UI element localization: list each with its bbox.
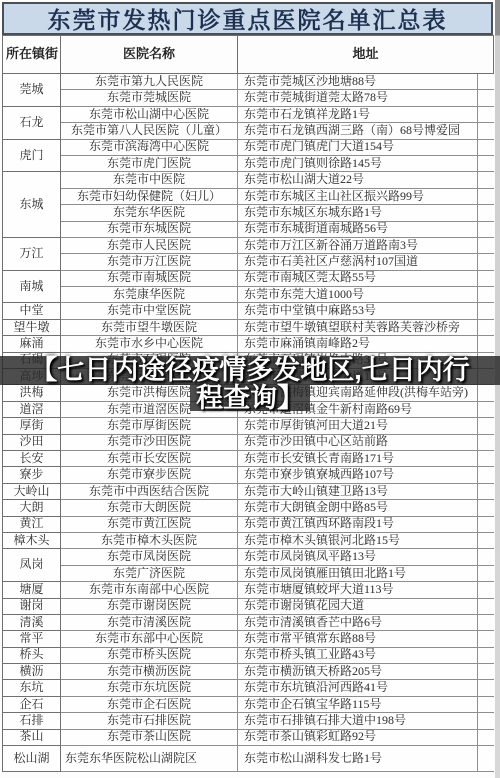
hospital-name-cell: 东莞市水乡中心医院	[61, 336, 238, 352]
district-cell: 南城	[3, 270, 61, 303]
address-cell: 东莞市东城区东城东路1号	[238, 205, 478, 221]
hospital-name-cell: 东莞市桥头医院	[61, 647, 238, 663]
address-cell: 东莞市虎门镇虎门大道154号	[238, 139, 478, 155]
hospital-name-cell: 东莞市东部中心医院	[61, 631, 238, 647]
cutoff-column-cell	[478, 221, 494, 237]
address-cell: 东莞市大朗镇金朗中路85号	[238, 500, 478, 516]
address-cell: 东莞市厚街镇河田大道21号	[238, 418, 478, 434]
address-cell: 东莞市寮步镇寮城西路107号	[238, 467, 478, 483]
table-row: 大朗东莞市大朗医院东莞市大朗镇金朗中路85号	[3, 500, 494, 516]
cutoff-column-cell	[478, 385, 494, 401]
cutoff-column-cell	[478, 664, 494, 680]
address-cell: 东莞市凤岗镇凤平路13号	[238, 549, 478, 565]
district-cell: 莞城	[3, 74, 61, 107]
address-cell: 东莞市道滘镇金牛新村南路69号	[238, 401, 478, 417]
hospital-name-cell: 东莞市松山湖中心医院	[61, 106, 238, 122]
cutoff-column-cell	[478, 123, 494, 139]
table-row: 东莞市虎门医院东莞市虎门镇则徐路145号	[3, 155, 494, 171]
hospital-name-cell: 东莞市横沥医院	[61, 664, 238, 680]
hospital-name-cell: 东莞市洪梅医院	[61, 385, 238, 401]
cutoff-column-cell	[478, 270, 494, 286]
address-cell: 东莞市凤岗镇雁田镇田北路1号	[238, 565, 478, 581]
address-cell: 东莞市松山湖大道22号	[238, 172, 478, 188]
hospital-name-cell: 东莞市人民医院	[61, 237, 238, 253]
district-cell: 道滘	[3, 401, 61, 417]
address-cell: 东莞市高埗镇高埗大道12号	[238, 369, 478, 385]
table-row: 石龙东莞市松山湖中心医院东莞市石龙镇祥龙路1号	[3, 106, 494, 122]
district-cell: 黄江	[3, 516, 61, 532]
district-cell: 清溪	[3, 614, 61, 630]
cutoff-column-cell	[478, 532, 494, 548]
cutoff-column-cell	[478, 303, 494, 319]
table-row: 樟木头东莞市樟木头医院东莞市樟木头镇银河北路15号	[3, 532, 494, 548]
header-hospital: 医院名称	[61, 36, 238, 74]
address-cell: 东莞市沙田镇中心区站前路	[238, 434, 478, 450]
district-cell: 桥头	[3, 647, 61, 663]
address-cell: 东莞市谢岗镇花园大道	[238, 598, 478, 614]
table-row: 茶山东莞市茶山医院东莞市茶山镇彩虹路92号	[3, 729, 494, 745]
hospital-name-cell: 东莞市望牛墩医院	[61, 319, 238, 335]
address-cell: 东莞市石龙镇祥龙路1号	[238, 106, 478, 122]
cutoff-column-cell	[478, 549, 494, 565]
address-cell: 东莞市樟木头镇银河北路15号	[238, 532, 478, 548]
address-cell: 东莞市南城区莞太路55号	[238, 270, 478, 286]
hospital-name-cell: 东莞市南城医院	[61, 270, 238, 286]
page-title: 东莞市发热门诊重点医院名单汇总表	[48, 2, 448, 35]
table-row: 清溪东莞市清溪医院东莞市清溪镇香芒中路6号	[3, 614, 494, 630]
cutoff-column-cell	[478, 434, 494, 450]
hospital-name-cell: 东莞市东坑医院	[61, 680, 238, 696]
cutoff-column-cell	[478, 90, 494, 106]
district-cell: 凤岗	[3, 549, 61, 582]
address-cell: 东莞市茶山镇彩虹路92号	[238, 729, 478, 745]
address-cell: 东莞市石美社区卢慈涡村107国道	[238, 254, 478, 270]
address-cell: 东莞市石龙镇西湖三路（南）68号博爱园	[238, 123, 478, 139]
cutoff-column-cell	[478, 369, 494, 385]
table-row: 塘厦东莞市东南部中心医院东莞市塘厦镇蛟坪大道113号	[3, 582, 494, 598]
district-cell: 企石	[3, 696, 61, 712]
address-cell: 东莞市莞城街道莞太路78号	[238, 90, 478, 106]
district-cell: 长安	[3, 450, 61, 466]
cutoff-column-cell	[478, 680, 494, 696]
header-district: 所在镇街	[3, 36, 61, 74]
hospital-name-cell: 东莞市中医院	[61, 172, 238, 188]
hospital-name-cell: 东莞市中堂医院	[61, 303, 238, 319]
table-row: 东莞市莞城医院东莞市莞城街道莞太路78号	[3, 90, 494, 106]
cutoff-column-cell	[478, 500, 494, 516]
district-cell: 松山湖	[3, 746, 61, 772]
cutoff-column-cell	[478, 746, 494, 772]
district-cell: 樟木头	[3, 532, 61, 548]
cutoff-column-cell	[478, 483, 494, 499]
address-cell: 东莞市东城区主山社区振兴路99号	[238, 188, 478, 204]
district-cell: 大朗	[3, 500, 61, 516]
cutoff-column-cell	[478, 647, 494, 663]
district-cell: 塘厦	[3, 582, 61, 598]
address-cell: 东莞市塘厦镇蛟坪大道113号	[238, 582, 478, 598]
cutoff-column-cell	[478, 631, 494, 647]
table-row: 虎门东莞市滨海湾中心医院东莞市虎门镇虎门大道154号	[3, 139, 494, 155]
cutoff-column-cell	[478, 418, 494, 434]
hospital-name-cell: 东莞市东城医院	[61, 221, 238, 237]
district-cell: 东坑	[3, 680, 61, 696]
address-cell: 东莞市长安镇长青南路171号	[238, 450, 478, 466]
district-cell: 厚街	[3, 418, 61, 434]
cutoff-column-cell	[478, 713, 494, 729]
table-row: 万江东莞市人民医院东莞市万江区新谷涌万道路南3号	[3, 237, 494, 253]
hospital-name-cell: 东莞市滨海湾中心医院	[61, 139, 238, 155]
district-cell: 石排	[3, 713, 61, 729]
hospital-name-cell: 东莞市石排医院	[61, 713, 238, 729]
hospital-name-cell: 东莞康华医院	[61, 287, 238, 303]
address-cell: 东莞市莞城区沙地塘88号	[238, 74, 478, 90]
table-row: 石排东莞市石排医院东莞市石排镇石排大道中198号	[3, 713, 494, 729]
table-header: 所在镇街 医院名称 地址	[3, 36, 494, 74]
address-cell: 东莞市洪梅镇迎宾南路延伸段(洪梅车站旁)	[238, 385, 478, 401]
cutoff-column-cell	[478, 172, 494, 188]
hospital-name-cell: 东莞市寮步医院	[61, 467, 238, 483]
table-row: 石碣东莞市石碣医院东莞市石碣镇崇焕中路39号	[3, 352, 494, 368]
address-cell: 东莞市石排镇石排大道中198号	[238, 713, 478, 729]
hospital-name-cell: 东莞市道滘医院	[61, 401, 238, 417]
table-row: 寮步东莞市寮步医院东莞市寮步镇寮城西路107号	[3, 467, 494, 483]
address-cell: 东莞市万江区新谷涌万道路南3号	[238, 237, 478, 253]
hospital-name-cell: 东莞市中西医结合医院	[61, 483, 238, 499]
address-cell: 东莞市清溪镇香芒中路6号	[238, 614, 478, 630]
hospital-name-cell: 东莞市长安医院	[61, 450, 238, 466]
cutoff-column-cell	[478, 565, 494, 581]
hospital-name-cell: 东莞市妇幼保健院（妇儿）	[61, 188, 238, 204]
hospital-name-cell: 东莞市第八人民医院（儿童）	[61, 123, 238, 139]
cutoff-column-cell	[478, 516, 494, 532]
district-cell: 沙田	[3, 434, 61, 450]
cutoff-column-cell	[478, 598, 494, 614]
hospital-name-cell: 东莞市高埗医院	[61, 369, 238, 385]
cutoff-column-cell	[478, 450, 494, 466]
hospital-name-cell: 东莞市大朗医院	[61, 500, 238, 516]
table-row: 东莞市万江医院东莞市石美社区卢慈涡村107国道	[3, 254, 494, 270]
district-cell: 石碣	[3, 352, 61, 368]
address-cell: 东莞市东坑镇沿河西路41号	[238, 680, 478, 696]
screenshot-page: 东莞市发热门诊重点医院名单汇总表 所在镇街 医院名称 地址 莞城东莞市第九人民医…	[0, 0, 500, 778]
hospital-name-cell: 东莞东华医院	[61, 205, 238, 221]
cutoff-column-cell	[478, 336, 494, 352]
table-row: 企石东莞市企石医院东莞市企石镇宝华路115号	[3, 696, 494, 712]
cutoff-column-cell	[478, 287, 494, 303]
cutoff-column-cell	[478, 237, 494, 253]
district-cell: 寮步	[3, 467, 61, 483]
hospital-name-cell: 东莞市清溪医院	[61, 614, 238, 630]
table-row: 东莞广济医院东莞市凤岗镇雁田镇田北路1号	[3, 565, 494, 581]
table-row: 麻涌东莞市水乡中心医院东莞市麻涌镇南峰路2号	[3, 336, 494, 352]
hospital-name-cell: 东莞市厚街医院	[61, 418, 238, 434]
table-row: 长安东莞市长安医院东莞市长安镇长青南路171号	[3, 450, 494, 466]
hospital-name-cell: 东莞市第九人民医院	[61, 74, 238, 90]
district-cell: 东城	[3, 172, 61, 238]
table-row: 大岭山东莞市中西医结合医院东莞市大岭山镇建卫路13号	[3, 483, 494, 499]
address-cell: 东莞市中堂镇中麻路53号	[238, 303, 478, 319]
cutoff-column-cell	[478, 139, 494, 155]
table-row: 凤岗东莞市凤岗医院东莞市凤岗镇凤平路13号	[3, 549, 494, 565]
hospital-name-cell: 东莞市莞城医院	[61, 90, 238, 106]
hospital-name-cell: 东莞市樟木头医院	[61, 532, 238, 548]
address-cell: 东莞市麻涌镇南峰路2号	[238, 336, 478, 352]
cutoff-column-cell	[478, 254, 494, 270]
table-row: 洪梅东莞市洪梅医院东莞市洪梅镇迎宾南路延伸段(洪梅车站旁)	[3, 385, 494, 401]
address-cell: 东莞市东莞大道1000号	[238, 287, 478, 303]
cutoff-column-cell	[478, 401, 494, 417]
table-row: 莞城东莞市第九人民医院东莞市莞城区沙地塘88号	[3, 74, 494, 90]
table-row: 东坑东莞市东坑医院东莞市东坑镇沿河西路41号	[3, 680, 494, 696]
header-row: 所在镇街 医院名称 地址	[3, 36, 494, 74]
hospital-name-cell: 东莞东华医院松山湖院区	[61, 746, 238, 772]
cutoff-column-cell	[478, 696, 494, 712]
hospital-name-cell: 东莞市石碣医院	[61, 352, 238, 368]
district-cell: 高埗	[3, 369, 61, 385]
hospital-name-cell: 东莞市茶山医院	[61, 729, 238, 745]
hospital-name-cell: 东莞市凤岗医院	[61, 549, 238, 565]
district-cell: 中堂	[3, 303, 61, 319]
photo-edge-strip	[495, 0, 500, 778]
cutoff-column-cell	[478, 205, 494, 221]
table-title-bar: 东莞市发热门诊重点医院名单汇总表	[2, 2, 493, 35]
cutoff-column-cell	[478, 319, 494, 335]
district-cell: 洪梅	[3, 385, 61, 401]
address-cell: 东莞市石碣镇崇焕中路39号	[238, 352, 478, 368]
cutoff-column-cell	[478, 729, 494, 745]
address-cell: 东莞市企石镇宝华路115号	[238, 696, 478, 712]
table-row: 谢岗东莞市谢岗医院东莞市谢岗镇花园大道	[3, 598, 494, 614]
district-cell: 望牛墩	[3, 319, 61, 335]
table-row: 松山湖东莞东华医院松山湖院区东莞市松山湖科发七路1号	[3, 746, 494, 772]
district-cell: 麻涌	[3, 336, 61, 352]
table-row: 东莞康华医院东莞市东莞大道1000号	[3, 287, 494, 303]
table-row: 东莞市第八人民医院（儿童）东莞市石龙镇西湖三路（南）68号博爱园	[3, 123, 494, 139]
address-cell: 东莞市大岭山镇建卫路13号	[238, 483, 478, 499]
cutoff-column-cell	[478, 352, 494, 368]
district-cell: 茶山	[3, 729, 61, 745]
table-row: 望牛墩东莞市望牛墩医院东莞市望牛墩镇望联村芙蓉路芙蓉沙桥旁	[3, 319, 494, 335]
table-row: 桥头东莞市桥头医院东莞市桥头镇工业路43号	[3, 647, 494, 663]
table-row: 南城东莞市南城医院东莞市南城区莞太路55号	[3, 270, 494, 286]
hospital-name-cell: 东莞市沙田医院	[61, 434, 238, 450]
district-cell: 横沥	[3, 664, 61, 680]
hospital-name-cell: 东莞市谢岗医院	[61, 598, 238, 614]
table-row: 高埗东莞市高埗医院东莞市高埗镇高埗大道12号	[3, 369, 494, 385]
table-row: 常平东莞市东部中心医院东莞市常平镇常东路88号	[3, 631, 494, 647]
header-address: 地址	[238, 36, 494, 74]
table-row: 横沥东莞市横沥医院东莞市横沥镇天桥路205号	[3, 664, 494, 680]
district-cell: 常平	[3, 631, 61, 647]
hospital-name-cell: 东莞市虎门医院	[61, 155, 238, 171]
hospital-name-cell: 东莞市黄江医院	[61, 516, 238, 532]
hospital-name-cell: 东莞市万江医院	[61, 254, 238, 270]
address-cell: 东莞市黄江镇西环路南段1号	[238, 516, 478, 532]
hospital-name-cell: 东莞市东南部中心医院	[61, 582, 238, 598]
table-row: 东城东莞市中医院东莞市松山湖大道22号	[3, 172, 494, 188]
address-cell: 东莞市常平镇常东路88号	[238, 631, 478, 647]
table-row: 东莞市东城医院东莞市东城街道南城路56号	[3, 221, 494, 237]
cutoff-column-cell	[478, 155, 494, 171]
district-cell: 谢岗	[3, 598, 61, 614]
address-cell: 东莞市桥头镇工业路43号	[238, 647, 478, 663]
table-row: 东莞市妇幼保健院（妇儿）东莞市东城区主山社区振兴路99号	[3, 188, 494, 204]
address-cell: 东莞市松山湖科发七路1号	[238, 746, 478, 772]
hospital-table-body: 莞城东莞市第九人民医院东莞市莞城区沙地塘88号东莞市莞城医院东莞市莞城街道莞太路…	[3, 74, 494, 772]
cutoff-column-cell	[478, 188, 494, 204]
address-cell: 东莞市虎门镇则徐路145号	[238, 155, 478, 171]
table-row: 道滘东莞市道滘医院东莞市道滘镇金牛新村南路69号	[3, 401, 494, 417]
cutoff-column-cell	[478, 74, 494, 90]
cutoff-column-cell	[478, 467, 494, 483]
hospital-name-cell: 东莞广济医院	[61, 565, 238, 581]
address-cell: 东莞市横沥镇天桥路205号	[238, 664, 478, 680]
cutoff-column-cell	[478, 614, 494, 630]
district-cell: 石龙	[3, 106, 61, 139]
address-cell: 东莞市东城街道南城路56号	[238, 221, 478, 237]
cutoff-column-cell	[478, 106, 494, 122]
cutoff-column-cell	[478, 582, 494, 598]
table-row: 沙田东莞市沙田医院东莞市沙田镇中心区站前路	[3, 434, 494, 450]
table-row: 东莞东华医院东莞市东城区东城东路1号	[3, 205, 494, 221]
district-cell: 万江	[3, 237, 61, 270]
table-row: 厚街东莞市厚街医院东莞市厚街镇河田大道21号	[3, 418, 494, 434]
address-cell: 东莞市望牛墩镇望联村芙蓉路芙蓉沙桥旁	[238, 319, 478, 335]
table-row: 中堂东莞市中堂医院东莞市中堂镇中麻路53号	[3, 303, 494, 319]
district-cell: 虎门	[3, 139, 61, 172]
hospital-name-cell: 东莞市企石医院	[61, 696, 238, 712]
hospital-table: 所在镇街 医院名称 地址 莞城东莞市第九人民医院东莞市莞城区沙地塘88号东莞市莞…	[2, 35, 494, 772]
district-cell: 大岭山	[3, 483, 61, 499]
table-row: 黄江东莞市黄江医院东莞市黄江镇西环路南段1号	[3, 516, 494, 532]
